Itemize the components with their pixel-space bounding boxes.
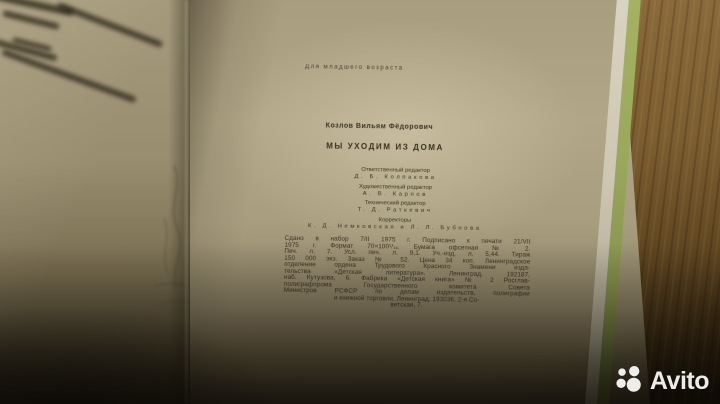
avito-circles-icon	[615, 366, 645, 396]
book-photo: Для младшего возраста Козлов Вильям Фёдо…	[0, 0, 720, 404]
credit-group: Технический редактор Т. Д. Раткевич	[299, 199, 491, 216]
watermark-label: Avito	[650, 369, 709, 394]
audience-note: Для младшего возраста	[294, 64, 414, 72]
credit-group: Художественный редактор А. В. Карпов	[299, 182, 491, 199]
colophon-text: Для младшего возраста Козлов Вильям Фёдо…	[0, 0, 720, 404]
credits-block: Ответственный редактор Д. Б. Колпакова Х…	[299, 166, 492, 235]
book-title: МЫ УХОДИМ ИЗ ДОМА	[323, 141, 447, 152]
imprint-block: Сдано в набор 7/II 1975 г. Подписано к п…	[284, 236, 531, 311]
credit-group: Ответственный редактор Д. Б. Колпакова	[300, 166, 492, 183]
credit-group: Корректоры К. Д. Немковская и Л. Л. Бубн…	[299, 215, 491, 232]
author-name: Козлов Вильям Фёдорович	[318, 122, 440, 131]
avito-watermark: Avito	[615, 366, 709, 396]
